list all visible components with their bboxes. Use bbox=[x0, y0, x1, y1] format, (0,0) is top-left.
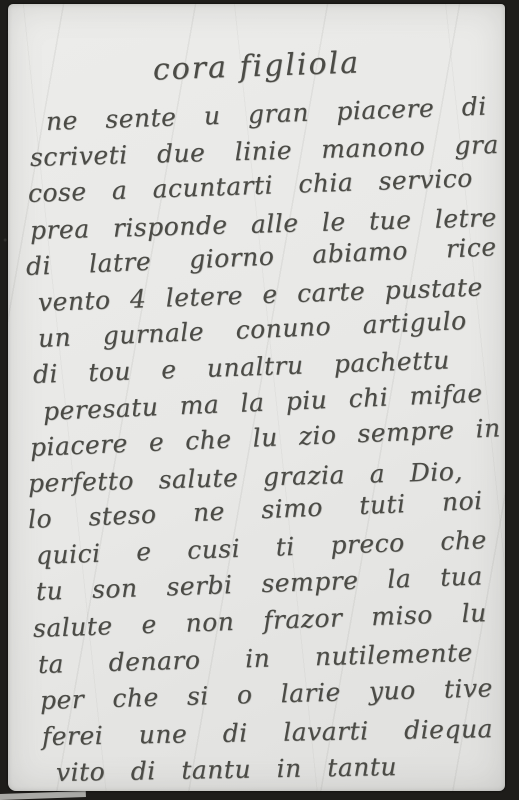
scanned-letter: cora figliola ne sente u gran piacere di… bbox=[0, 0, 519, 800]
letter-page: cora figliola ne sente u gran piacere di… bbox=[8, 4, 505, 791]
handwritten-line: vito di tantu in tantu bbox=[56, 749, 398, 791]
under-sheet-edge bbox=[0, 791, 86, 800]
handwritten-line: ferei une di lavarti diequa bbox=[42, 711, 494, 755]
letter-body: ne sente u gran piacere di scriveti due … bbox=[8, 104, 505, 791]
